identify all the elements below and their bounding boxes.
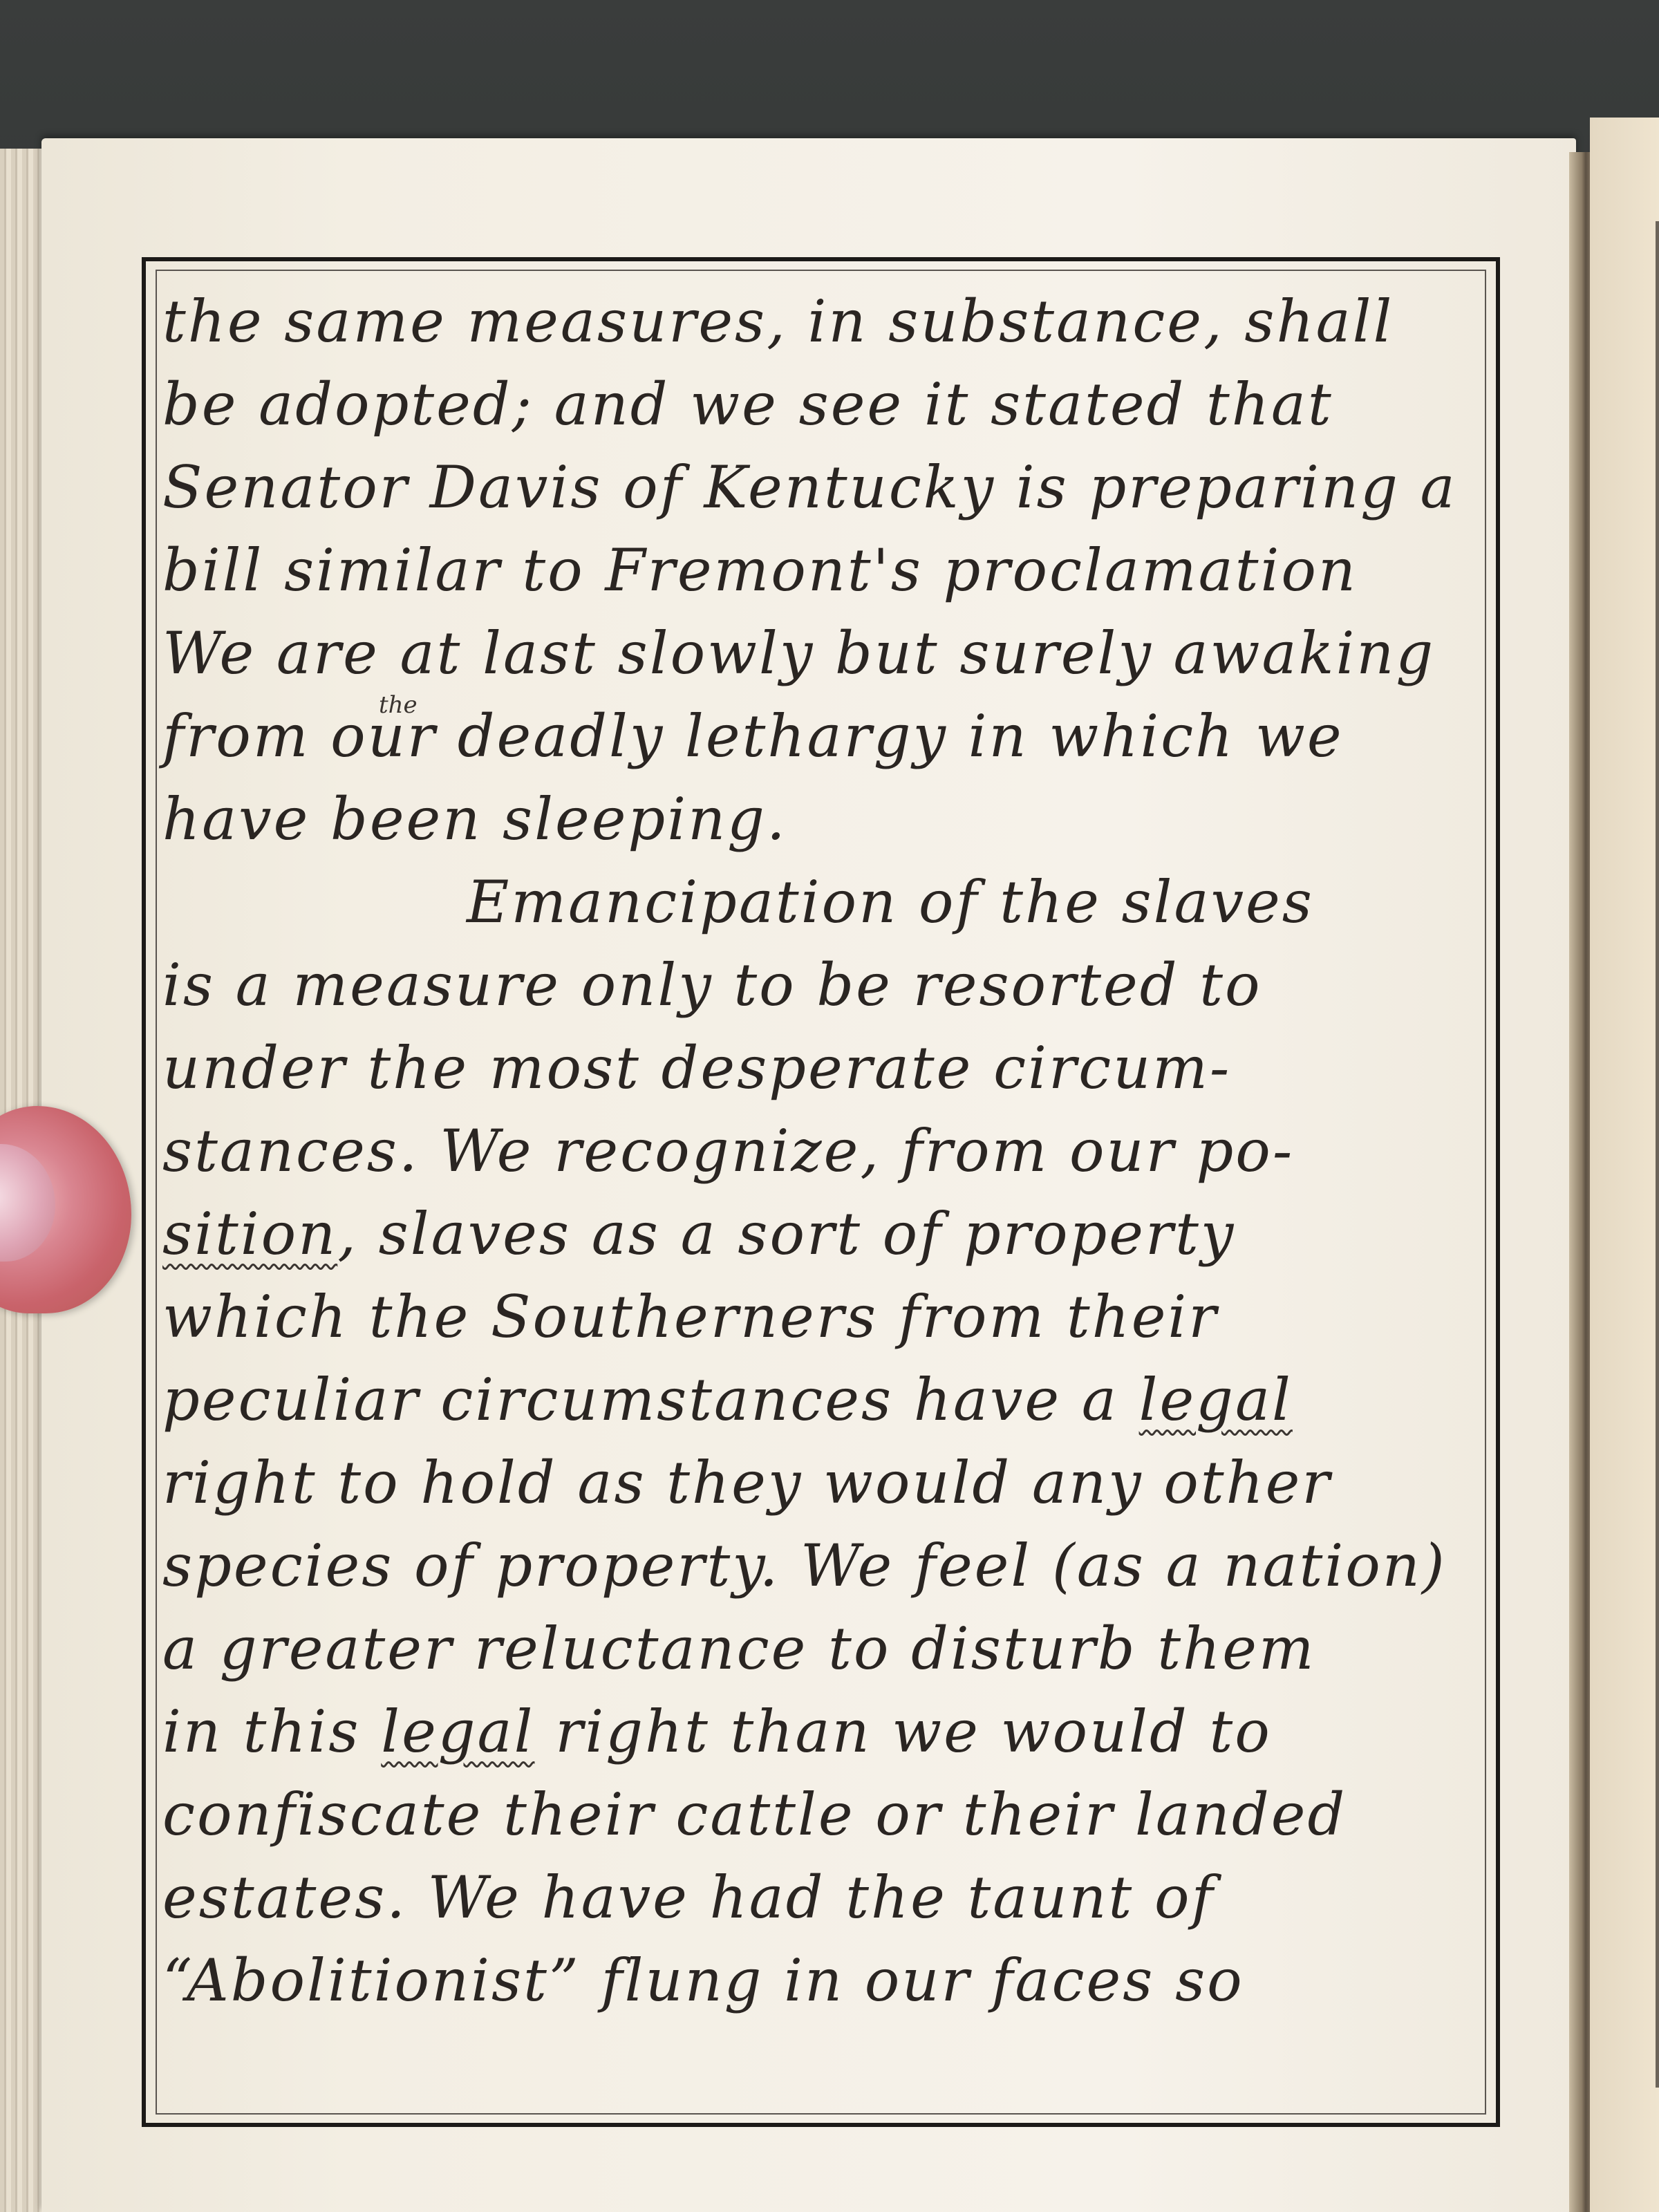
text-line: Senator Davis of Kentucky is preparing a [162, 446, 1497, 529]
line-text-post: , slaves as a sort of property [337, 1200, 1235, 1268]
line-text-post: right than we would to [535, 1698, 1272, 1765]
text-line: from our deadly lethargy in which we [162, 695, 1497, 778]
facing-page [1590, 118, 1659, 2212]
text-line: stances. We recognize, from our po- [162, 1109, 1497, 1192]
text-line: estates. We have had the taunt of [162, 1856, 1497, 1939]
underlined-word: legal [1139, 1366, 1293, 1434]
text-line: sition, slaves as a sort of property [162, 1192, 1497, 1275]
text-line: species of property. We feel (as a natio… [162, 1524, 1497, 1607]
text-line: right to hold as they would any other [162, 1441, 1497, 1524]
text-line: “Abolitionist” flung in our faces so [162, 1939, 1497, 2022]
line-text-pre: peculiar circumstances have a [162, 1366, 1139, 1434]
text-line: the same measures, in substance, shall [162, 280, 1497, 363]
facing-page-frame-edge [1656, 221, 1659, 2088]
text-line: peculiar circumstances have a legal [162, 1358, 1497, 1441]
paragraph-start-line: Emancipation of the slaves [162, 861, 1497, 944]
text-line: be adopted; and we see it stated that [162, 363, 1497, 446]
text-line: have been sleeping. [162, 778, 1497, 861]
line-text-pre: in this [162, 1698, 381, 1765]
text-line: under the most desperate circum- [162, 1027, 1497, 1109]
underlined-word: legal [381, 1698, 534, 1765]
text-line: confiscate their cattle or their landed [162, 1773, 1497, 1856]
handwritten-text-block: the same measures, in substance, shall b… [162, 280, 1497, 2022]
text-line: in this legal right than we would to [162, 1690, 1497, 1773]
thumbnail [0, 1144, 55, 1262]
underlined-word: sition [162, 1200, 337, 1268]
text-line: bill similar to Fremont's proclamation [162, 529, 1497, 612]
text-line: is a measure only to be resorted to [162, 944, 1497, 1027]
text-line: We are at last slowly but surely awaking [162, 612, 1497, 695]
text-line: a greater reluctance to disturb them [162, 1607, 1497, 1690]
text-line: which the Southerners from their [162, 1275, 1497, 1358]
